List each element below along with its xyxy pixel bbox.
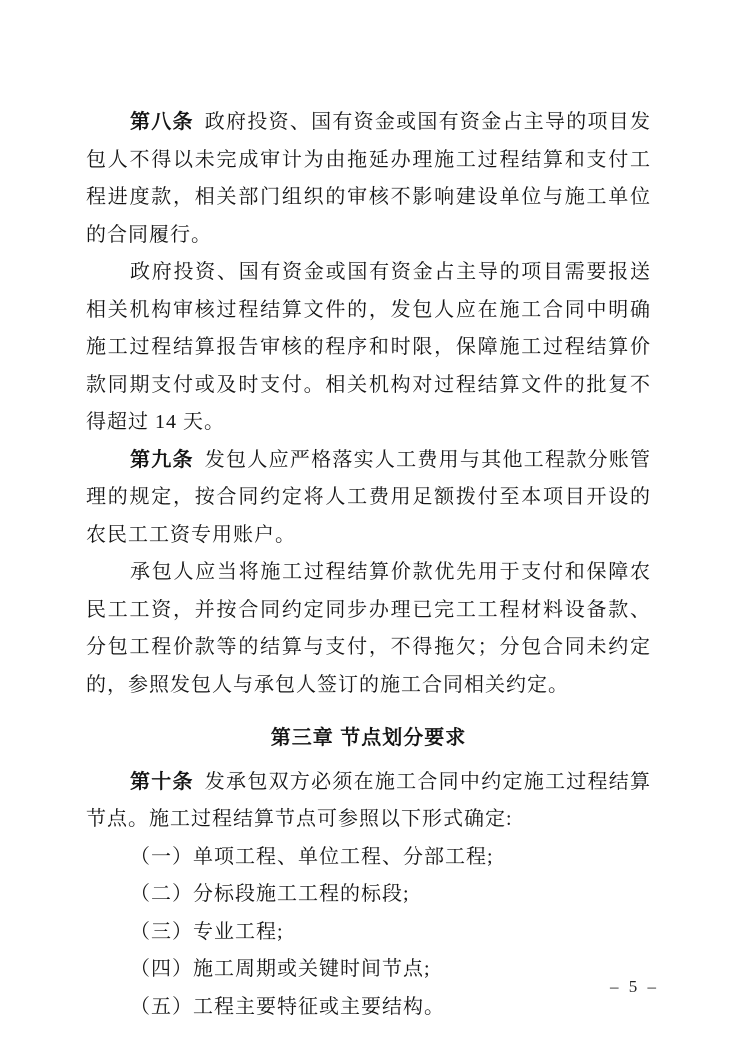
list-item-4: （四）施工周期或关键时间节点; (86, 951, 651, 989)
paragraph-article-8-clause-2: 政府投资、国有资金或国有资金占主导的项目需要报送相关机构审核过程结算文件的，发包… (86, 254, 651, 442)
list-item-5: （五）工程主要特征或主要结构。 (86, 989, 651, 1027)
article-10-number: 第十条 (130, 771, 194, 793)
page-number: – 5 – (610, 968, 659, 1006)
article-9-number: 第九条 (130, 449, 194, 471)
paragraph-article-10: 第十条发承包双方必须在施工合同中约定施工过程结算节点。施工过程结算节点可参照以下… (86, 764, 651, 839)
paragraph-article-8: 第八条政府投资、国有资金或国有资金占主导的项目发包人不得以未完成审计为由拖延办理… (86, 104, 651, 254)
list-item-1: （一）单项工程、单位工程、分部工程; (86, 839, 651, 877)
paragraph-article-9-clause-2: 承包人应当将施工过程结算价款优先用于支付和保障农民工工资，并按合同约定同步办理已… (86, 554, 651, 704)
list-item-2: （二）分标段施工工程的标段; (86, 876, 651, 914)
paragraph-article-9: 第九条发包人应严格落实人工费用与其他工程款分账管理的规定，按合同约定将人工费用足… (86, 442, 651, 555)
document-page: 第八条政府投资、国有资金或国有资金占主导的项目发包人不得以未完成审计为由拖延办理… (0, 0, 745, 1053)
article-9-clause-2-text: 承包人应当将施工过程结算价款优先用于支付和保障农民工工资，并按合同约定同步办理已… (86, 561, 651, 696)
list-item-3: （三）专业工程; (86, 914, 651, 952)
article-8-clause-2-text: 政府投资、国有资金或国有资金占主导的项目需要报送相关机构审核过程结算文件的，发包… (86, 261, 651, 433)
article-8-number: 第八条 (130, 111, 194, 133)
chapter-3-heading: 第三章 节点划分要求 (86, 720, 651, 758)
